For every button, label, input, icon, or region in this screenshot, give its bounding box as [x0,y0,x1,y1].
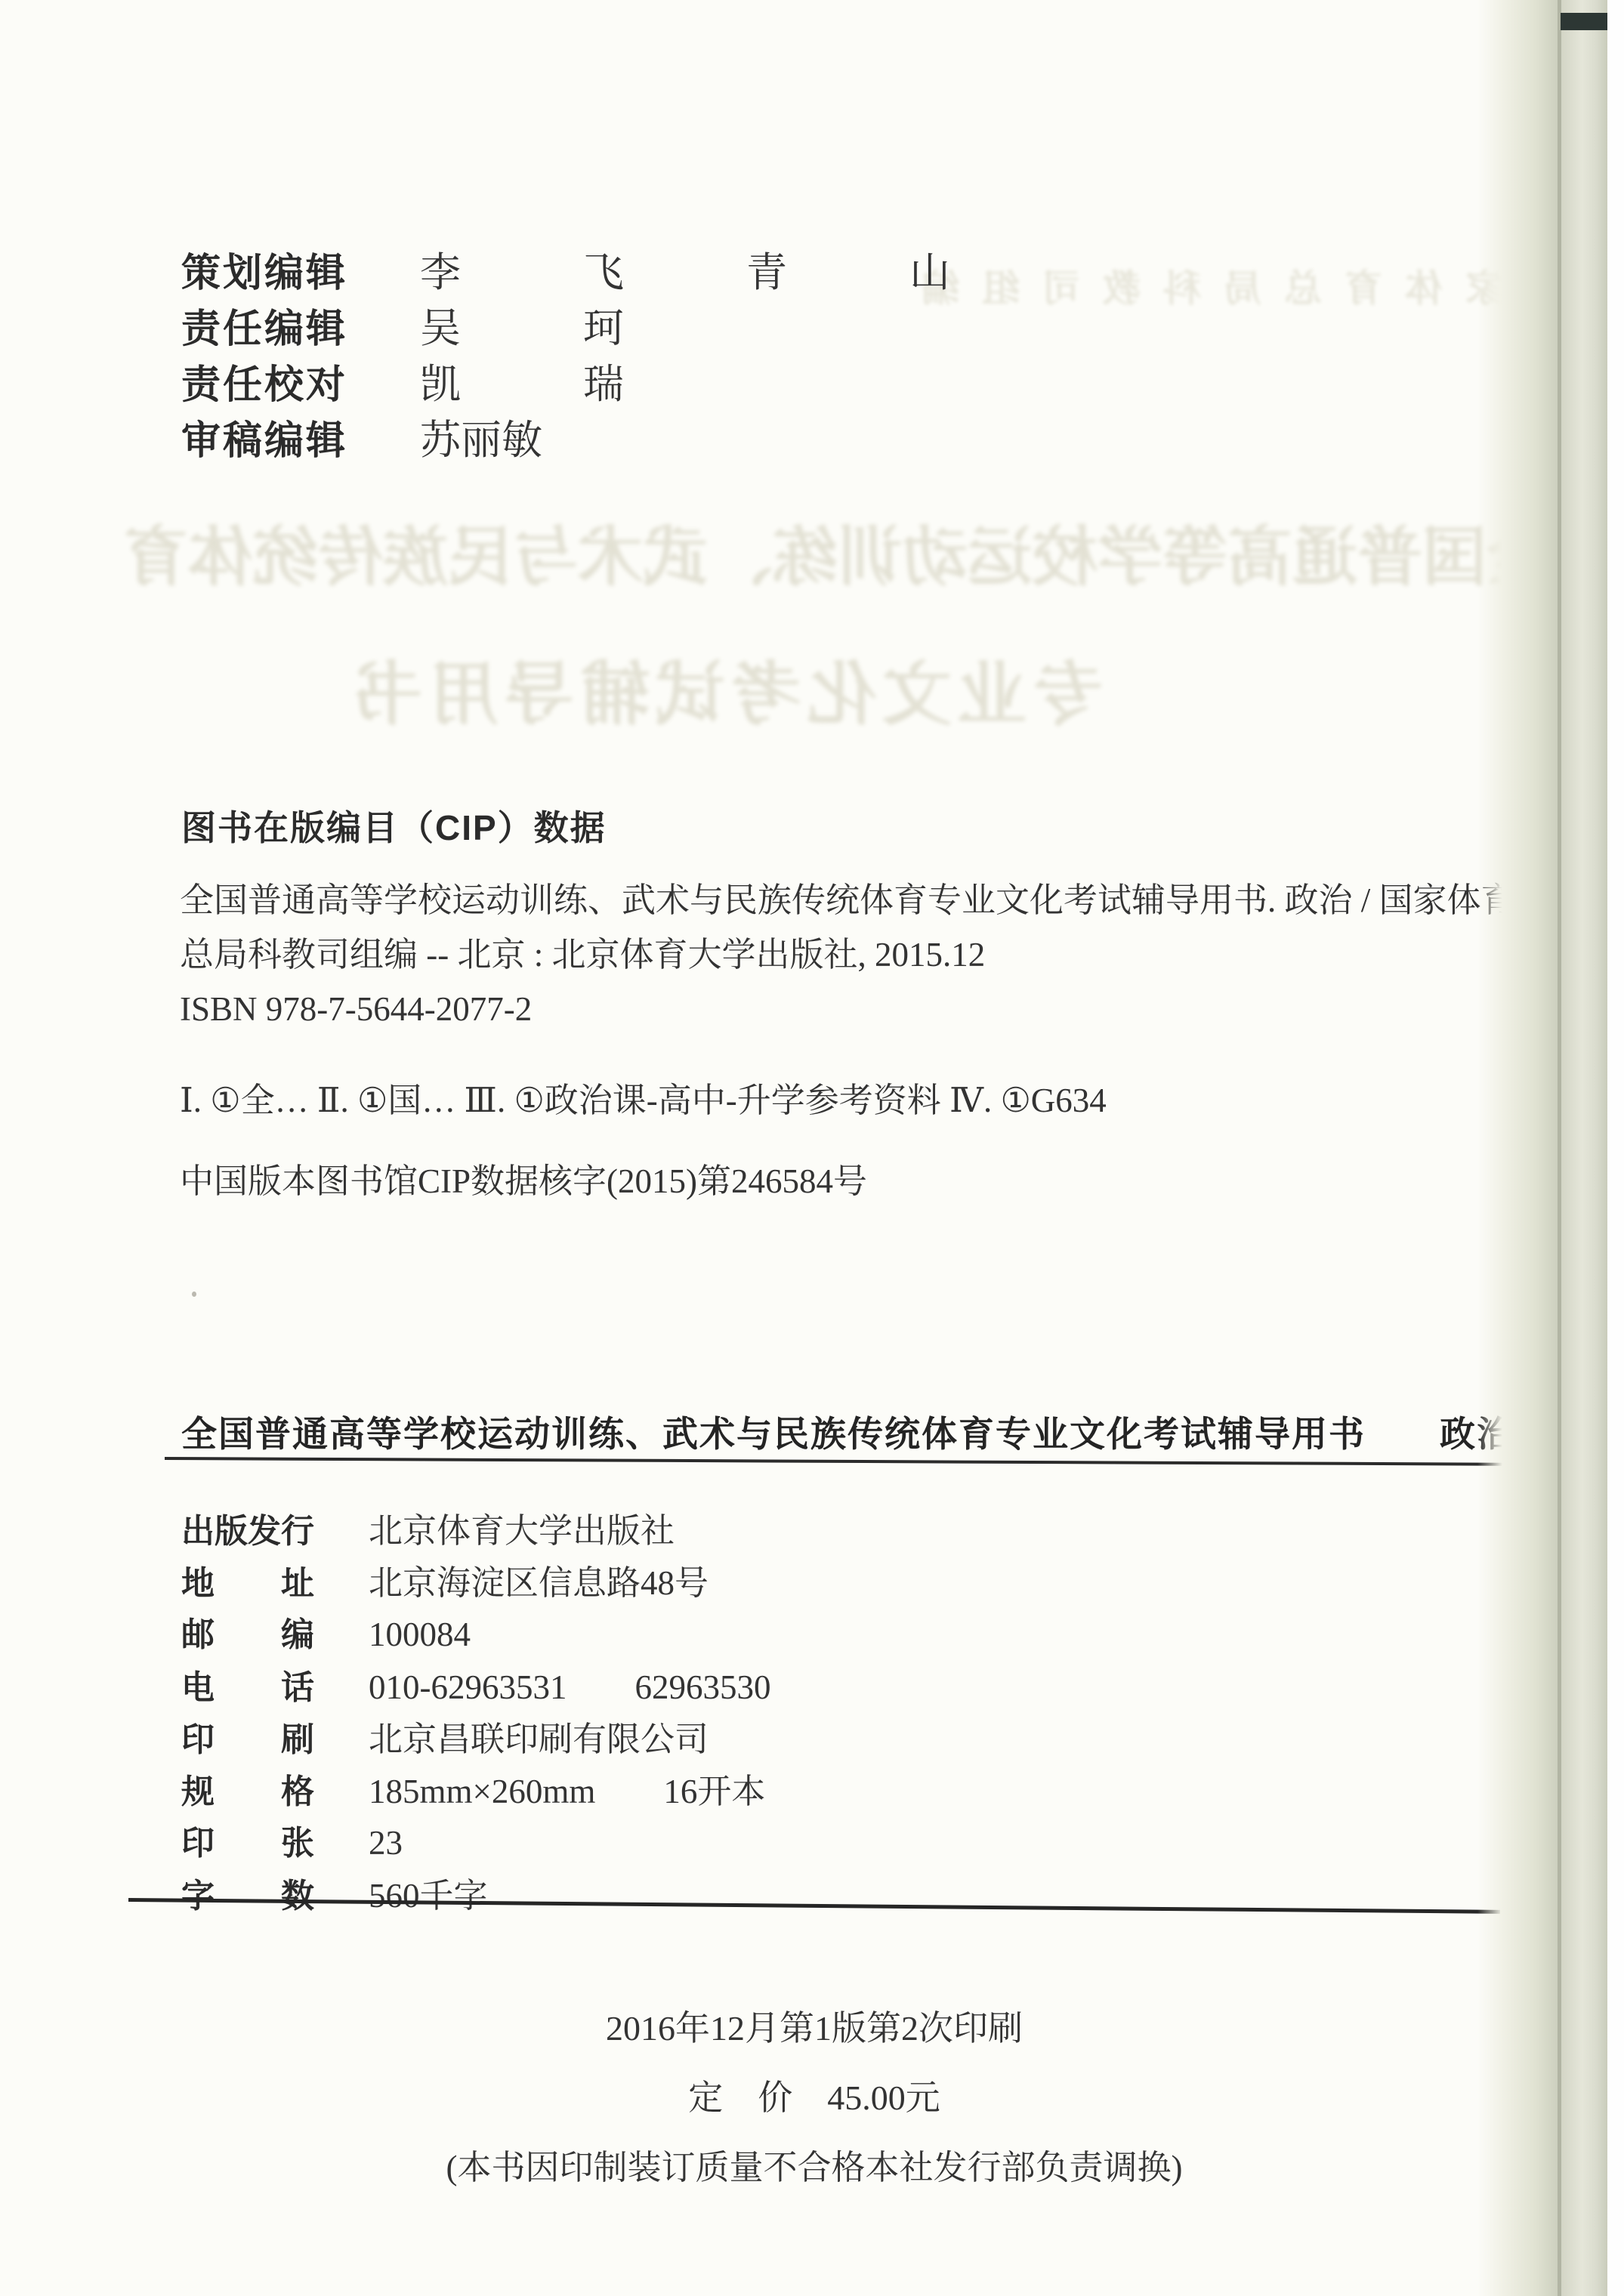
price-line: 定 价 45.00元 [128,2063,1500,2133]
imprint-block: 2016年12月第1版第2次印刷 定 价 45.00元 (本书因印制装订质量不合… [128,1994,1500,2202]
pub-value: 100084 [369,1615,471,1654]
pub-label: 电 话 [181,1660,322,1708]
pub-value: 北京海淀区信息路48号 [369,1555,709,1604]
pub-value: 560千字 [369,1868,488,1917]
pub-value: 北京体育大学出版社 [369,1503,675,1552]
pub-value: 北京昌联印刷有限公司 [369,1711,709,1761]
pub-value: 010-62963531 62963530 [369,1659,771,1708]
scan-background [1607,0,1624,2296]
editor-row: 责任校对凯 瑞 [181,352,950,408]
editor-role-label: 审稿编辑 [181,409,420,465]
cip-heading: 图书在版编目（CIP）数据 [181,801,607,850]
cip-description: 全国普通高等学校运动训练、武术与民族传统体育专业文化考试辅导用书. 政治 / 国… [180,873,1515,1036]
pub-label: 规 格 [181,1764,322,1813]
pub-label: 印 张 [181,1816,322,1864]
stray-mark [192,1291,196,1297]
editor-row: 审稿编辑苏丽敏 [181,408,950,464]
editor-names: 李 飞 青 山 [420,250,950,295]
cip-description-line-1: 全国普通高等学校运动训练、武术与民族传统体育专业文化考试辅导用书. 政治 / 国… [180,873,1515,927]
editor-names: 吴 珂 [420,306,624,351]
cip-description-line-2: 总局科教司组编 -- 北京 : 北京体育大学出版社, 2015.12 [180,927,1515,982]
edition-line: 2016年12月第1版第2次印刷 [128,1994,1500,2063]
pub-label: 出版发行 [181,1504,322,1552]
pub-label: 印 刷 [181,1712,322,1761]
page-fore-edge [1561,0,1607,2296]
return-notice-line: (本书因印制装订质量不合格本社发行部负责调换) [128,2133,1500,2202]
bleed-through-title-line-2: 专业文化考试辅导用书 [302,639,1103,739]
divider-rule-top [165,1457,1518,1466]
pub-row: 出版发行 北京体育大学出版社 [181,1503,771,1555]
pub-value: 185mm×260mm 16开本 [369,1764,765,1813]
pub-label: 邮 编 [181,1607,322,1656]
cip-classification: Ⅰ. ①全… Ⅱ. ①国… Ⅲ. ①政治课-高中-升学参考资料 Ⅳ. ①G634 [180,1072,1107,1122]
pub-row: 规 格 185mm×260mm 16开本 [181,1764,771,1816]
bleed-through-title-line-1: 全国普通高等学校运动训练、武术与民族传统体育 [162,505,1552,598]
editor-role-label: 责任编辑 [181,297,420,353]
publication-info: 出版发行 北京体育大学出版社 地 址 北京海淀区信息路48号 邮 编 10008… [181,1503,771,1920]
pub-row: 邮 编 100084 [181,1607,771,1659]
editor-credits: 策划编辑李 飞 青 山 责任编辑吴 珂 责任校对凯 瑞 审稿编辑苏丽敏 [181,240,950,464]
editor-row: 策划编辑李 飞 青 山 [181,240,950,296]
pub-row: 地 址 北京海淀区信息路48号 [181,1555,771,1607]
editor-role-label: 策划编辑 [181,241,420,298]
book-title-line: 全国普通高等学校运动训练、武术与民族传统体育专业文化考试辅导用书 政治 [181,1406,1533,1457]
page-curl-shadow [1477,0,1561,2296]
pub-label: 地 址 [181,1556,322,1604]
pub-row: 字 数 560千字 [181,1868,771,1920]
editor-names: 苏丽敏 [420,418,542,463]
pub-row: 印 刷 北京昌联印刷有限公司 [181,1711,771,1764]
cip-description-line-3: ISBN 978-7-5644-2077-2 [180,982,1515,1036]
pub-row: 电 话 010-62963531 62963530 [181,1659,771,1711]
pub-row: 印 张 23 [181,1816,771,1868]
cip-record-number: 中国版本图书馆CIP数据核字(2015)第246584号 [180,1153,867,1202]
scanner-dark-strip [1561,13,1607,30]
pub-value: 23 [369,1823,403,1862]
book-copyright-page: 国家体育总局科教司组编 全国普通高等学校运动训练、武术与民族传统体育 专业文化考… [0,0,1624,2296]
editor-row: 责任编辑吴 珂 [181,296,950,352]
editor-names: 凯 瑞 [420,362,624,407]
bleed-through-text-top: 国家体育总局科教司组编 [891,258,1564,313]
pub-label: 字 数 [181,1869,322,1917]
editor-role-label: 责任校对 [181,353,420,409]
